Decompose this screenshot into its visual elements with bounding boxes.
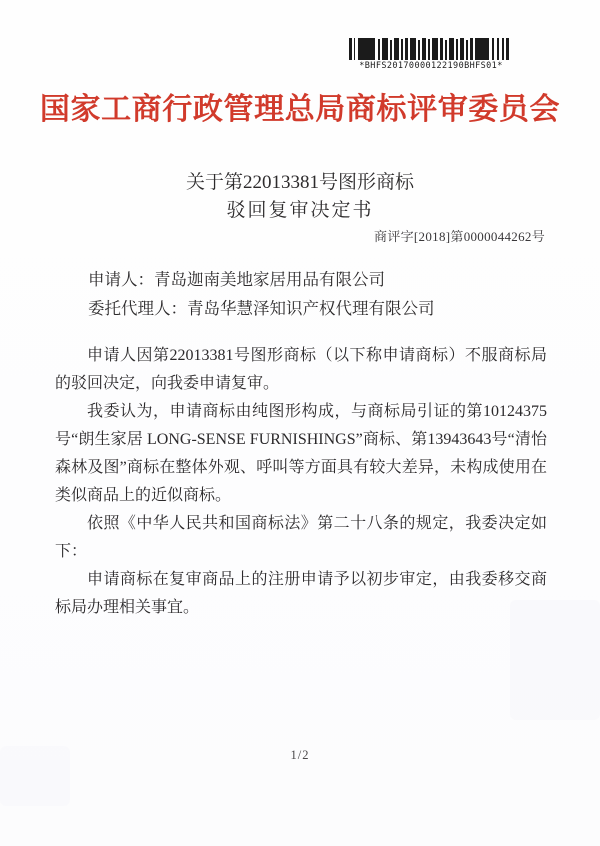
parties-block: 申请人：青岛迦南美地家居用品有限公司 委托代理人：青岛华慧泽知识产权代理有限公司 <box>88 266 435 323</box>
applicant-line: 申请人：青岛迦南美地家居用品有限公司 <box>88 266 435 295</box>
document-title-line2: 驳回复审决定书 <box>0 197 600 225</box>
scanned-document-page: { "colors": { "title_red": "#d13a2b", "i… <box>0 0 600 846</box>
paragraph-findings: 我委认为，申请商标由纯图形构成，与商标局引证的第10124375号“朗生家居 L… <box>55 398 547 510</box>
paragraph-application: 申请人因第22013381号图形商标（以下称申请商标）不服商标局的驳回决定，向我… <box>55 342 547 398</box>
agency-title: 国家工商行政管理总局商标评审委员会 <box>0 84 600 128</box>
decision-body: 申请人因第22013381号图形商标（以下称申请商标）不服商标局的驳回决定，向我… <box>55 342 547 622</box>
applicant-label: 申请人： <box>88 270 154 289</box>
page-number: 1/2 <box>0 748 600 763</box>
document-title-line1: 关于第22013381号图形商标 <box>0 169 600 197</box>
barcode-image <box>349 38 513 60</box>
document-barcode: *BHFS20170000122190BHFS01* <box>346 38 516 71</box>
agent-label: 委托代理人： <box>88 299 187 318</box>
barcode-text: *BHFS20170000122190BHFS01* <box>346 61 516 71</box>
paragraph-legal-basis: 依照《中华人民共和国商标法》第二十八条的规定，我委决定如下： <box>55 510 547 566</box>
paragraph-decision: 申请商标在复审商品上的注册申请予以初步审定，由我委移交商标局办理相关事宜。 <box>55 566 547 622</box>
applicant-value: 青岛迦南美地家居用品有限公司 <box>154 270 385 289</box>
reference-number: 商评字[2018]第0000044262号 <box>374 226 545 245</box>
agent-line: 委托代理人：青岛华慧泽知识产权代理有限公司 <box>88 295 435 324</box>
agent-value: 青岛华慧泽知识产权代理有限公司 <box>187 299 435 318</box>
document-title: 关于第22013381号图形商标 驳回复审决定书 <box>0 169 600 225</box>
